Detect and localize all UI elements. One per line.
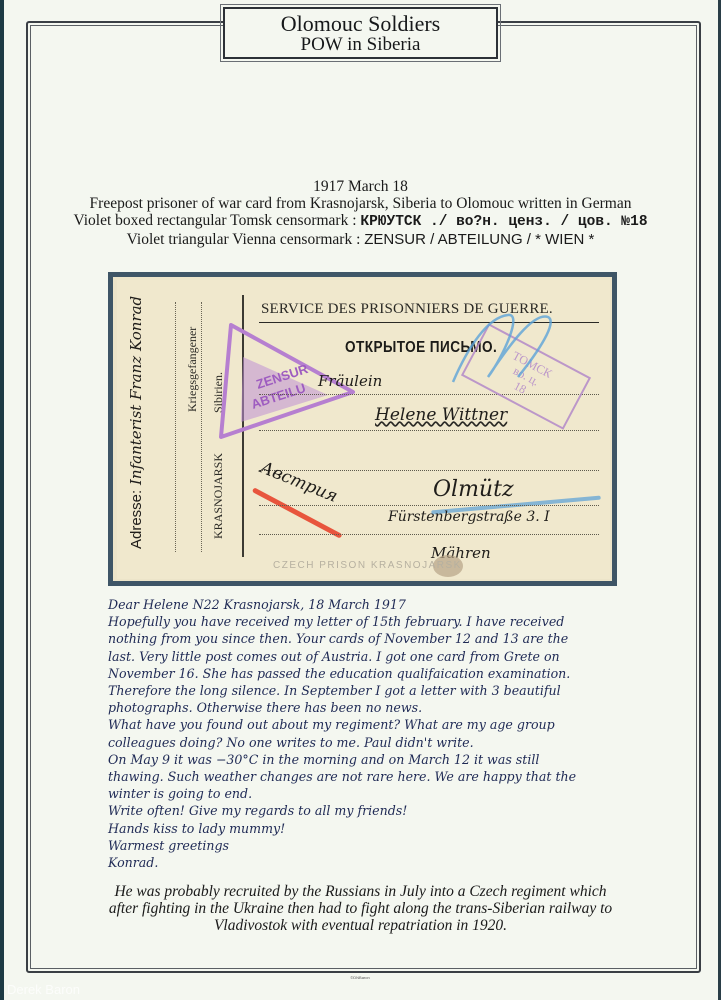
tomsk-censor-line: Violet boxed rectangular Tomsk censormar… bbox=[40, 212, 681, 231]
letter-line: last. Very little post comes out of Aust… bbox=[108, 648, 628, 665]
vienna-censor-mark: ZENSUR / ABTEILUNG / * WIEN * bbox=[364, 231, 594, 248]
tomsk-censor-label: Violet boxed rectangular Tomsk censormar… bbox=[73, 212, 360, 229]
blue-crayon-scribble bbox=[448, 307, 558, 387]
historical-note-line: after fighting in the Ukraine then had t… bbox=[40, 900, 681, 917]
copyright-notice: ©DNBaron bbox=[330, 975, 390, 980]
sender-address: Adresse: Infanterist Franz Konrad bbox=[127, 296, 145, 549]
letter-line: winter is going to end. bbox=[108, 785, 628, 802]
recipient-street: Fürstenbergstraße 3. I bbox=[388, 509, 550, 525]
postcard-image-frame: Adresse: Infanterist Franz Konrad Kriegs… bbox=[108, 272, 617, 586]
page-subtitle: POW in Siberia bbox=[225, 35, 496, 55]
letter-line: Write often! Give my regards to all my f… bbox=[108, 802, 628, 819]
tomsk-censor-mark: КРЮУТСК ./ во?н. ценз. / цов. №18 bbox=[360, 214, 647, 230]
page-title: Olomouc Soldiers bbox=[225, 12, 496, 35]
address-line-5 bbox=[259, 534, 599, 535]
vienna-censor-label: Violet triangular Vienna censormark : bbox=[127, 231, 365, 248]
watermark: Derek Baron bbox=[7, 982, 80, 997]
address-line-3 bbox=[259, 470, 599, 471]
letter-line: photographs. Otherwise there has been no… bbox=[108, 699, 628, 716]
letter-line: On May 9 it was −30°C in the morning and… bbox=[108, 751, 628, 768]
letter-transcription: Dear Helene N22 Krasnojarsk, 18 March 19… bbox=[108, 596, 628, 871]
vienna-censor-line: Violet triangular Vienna censormark : ZE… bbox=[40, 231, 681, 248]
letter-line: Hopefully you have received my letter of… bbox=[108, 613, 628, 630]
historical-note-line: Vladivostok with eventual repatriation i… bbox=[40, 917, 681, 934]
recipient-city: Olmütz bbox=[433, 477, 514, 502]
historical-note: He was probably recruited by the Russian… bbox=[40, 883, 681, 934]
postcard-image: Adresse: Infanterist Franz Konrad Kriegs… bbox=[113, 277, 612, 581]
scan-edge-left bbox=[0, 0, 4, 1000]
letter-line: What have you found out about my regimen… bbox=[108, 716, 628, 733]
letter-line: Konrad. bbox=[108, 854, 628, 871]
item-summary: Freepost prisoner of war card from Krasn… bbox=[40, 195, 681, 212]
letter-line: Hands kiss to lady mummy! bbox=[108, 820, 628, 837]
sender-label: Adresse: bbox=[128, 490, 145, 549]
letter-line: colleagues doing? No one writes to me. P… bbox=[108, 734, 628, 751]
printed-kriegsgefangener: Kriegsgefangener bbox=[185, 327, 200, 412]
historical-note-line: He was probably recruited by the Russian… bbox=[40, 883, 681, 900]
letter-line: thawing. Such weather changes are not ra… bbox=[108, 768, 628, 785]
item-description: 1917 March 18 Freepost prisoner of war c… bbox=[40, 178, 681, 248]
letter-line: Therefore the long silence. In September… bbox=[108, 682, 628, 699]
recipient-name: Helene Wittner bbox=[375, 405, 507, 425]
printed-krasnojarsk: KRASNOJARSK bbox=[211, 453, 226, 539]
page-title-box: Olomouc Soldiers POW in Siberia bbox=[223, 7, 498, 59]
address-line-2 bbox=[259, 430, 599, 431]
address-dotted-line bbox=[175, 302, 176, 552]
letter-line: Warmest greetings bbox=[108, 837, 628, 854]
address-line-4 bbox=[259, 505, 599, 506]
sender-handwriting: Infanterist Franz Konrad bbox=[127, 296, 145, 485]
address-dotted-line bbox=[201, 302, 202, 552]
recipient-salutation: Fräulein bbox=[318, 372, 382, 390]
item-date: 1917 March 18 bbox=[40, 178, 681, 195]
letter-line: nothing from you since then. Your cards … bbox=[108, 630, 628, 647]
pencil-note: CZECH PRISON KRASNOJARSK bbox=[273, 560, 462, 571]
letter-line: November 16. She has passed the educatio… bbox=[108, 665, 628, 682]
letter-line: Dear Helene N22 Krasnojarsk, 18 March 19… bbox=[108, 596, 628, 613]
